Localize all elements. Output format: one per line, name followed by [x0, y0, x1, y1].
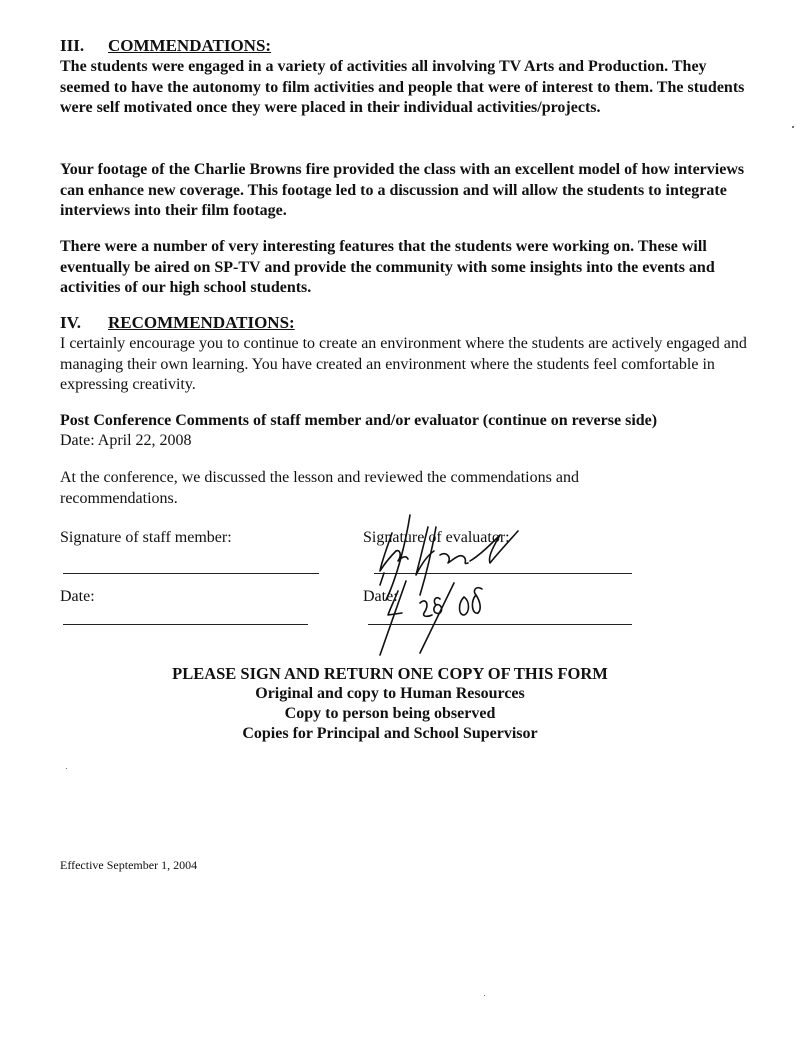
effective-date: Effective September 1, 2004 — [60, 858, 197, 873]
commendation-paragraph-2: Your footage of the Charlie Browns fire … — [60, 160, 760, 222]
scan-speck — [66, 768, 67, 769]
post-conference-date: Date: April 22, 2008 — [60, 431, 192, 451]
post-conference-heading: Post Conference Comments of staff member… — [60, 411, 657, 431]
recommendation-paragraph: I certainly encourage you to continue to… — [60, 334, 760, 396]
section-title: COMMENDATIONS: — [108, 36, 271, 55]
instructions-line-2: Copy to person being observed — [0, 704, 780, 724]
commendation-paragraph-1: The students were engaged in a variety o… — [60, 57, 760, 119]
scan-speck — [484, 995, 485, 996]
staff-date-label: Date: — [60, 587, 95, 607]
section-title: RECOMMENDATIONS: — [108, 313, 295, 332]
section-number: III. — [60, 36, 108, 56]
staff-signature-label: Signature of staff member: — [60, 528, 232, 548]
instructions-heading: PLEASE SIGN AND RETURN ONE COPY OF THIS … — [0, 664, 780, 684]
commendations-heading: III.COMMENDATIONS: — [60, 36, 271, 56]
scan-speck — [792, 126, 794, 128]
handwritten-signature — [340, 505, 580, 665]
instructions-line-1: Original and copy to Human Resources — [0, 684, 780, 704]
commendation-paragraph-3: There were a number of very interesting … — [60, 237, 760, 299]
staff-signature-line[interactable] — [63, 573, 319, 574]
recommendations-heading: IV.RECOMMENDATIONS: — [60, 313, 295, 333]
section-number: IV. — [60, 313, 108, 333]
instructions-line-3: Copies for Principal and School Supervis… — [0, 724, 780, 744]
post-conference-comment: At the conference, we discussed the less… — [60, 468, 660, 509]
staff-date-line[interactable] — [63, 624, 308, 625]
